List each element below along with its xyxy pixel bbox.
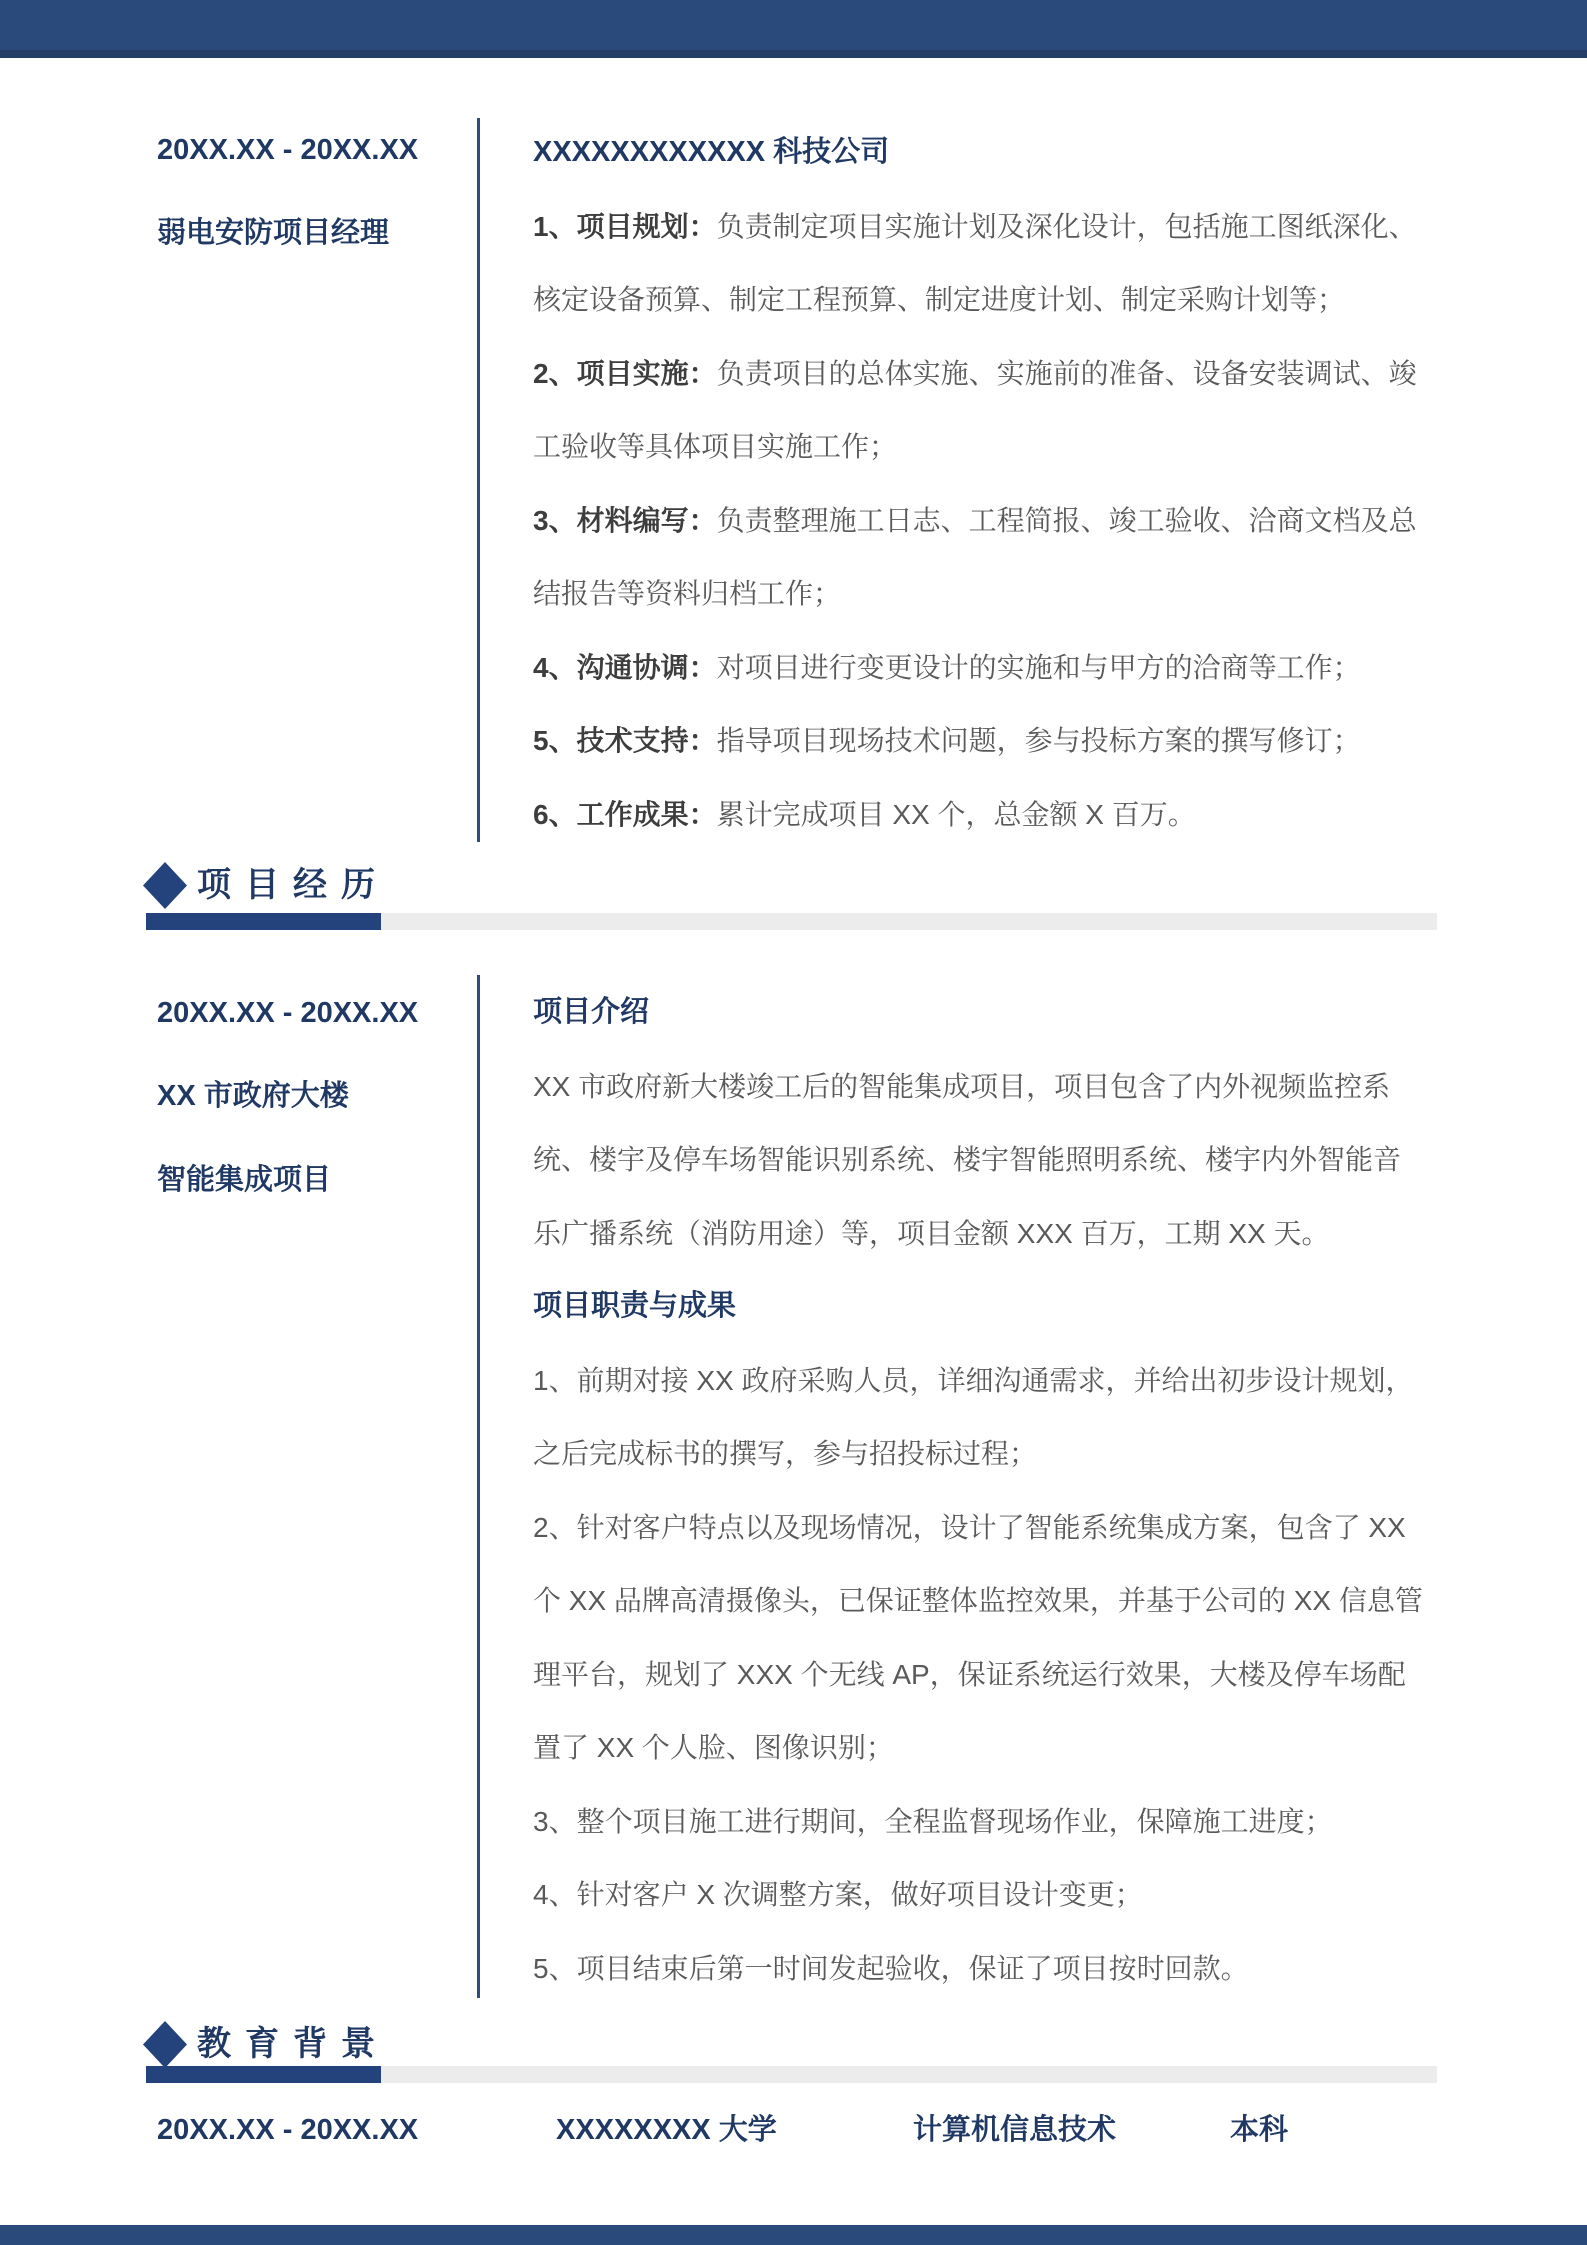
work-item-label: 6、工作成果：: [533, 799, 717, 830]
education-section-title: 教育背景: [197, 2021, 389, 2068]
work-item-text: 指导项目现场技术问题，参与投标方案的撰写修订；: [717, 725, 1361, 756]
work-company: XXXXXXXXXXXX 科技公司: [533, 116, 1493, 190]
resume-page: 20XX.XX - 20XX.XX 弱电安防项目经理 XXXXXXXXXXXX …: [0, 0, 1587, 2245]
work-item-line: 工验收等具体项目实施工作；: [533, 410, 1493, 484]
project-duty-line: 理平台，规划了 XXX 个无线 AP，保证系统运行效果，大楼及停车场配: [533, 1638, 1493, 1712]
project-duty-line: 4、针对客户 X 次调整方案，做好项目设计变更；: [533, 1858, 1493, 1932]
project-intro-line: 乐广播系统（消防用途）等，项目金额 XXX 百万，工期 XX 天。: [533, 1197, 1493, 1271]
project-duty-line: 之后完成标书的撰写，参与招投标过程；: [533, 1417, 1493, 1491]
work-item-label: 4、沟通协调：: [533, 652, 717, 683]
top-bar: [0, 0, 1587, 58]
work-item-line: 5、技术支持：指导项目现场技术问题，参与投标方案的撰写修订；: [533, 704, 1493, 778]
diamond-icon: [143, 862, 187, 909]
work-item-label: 5、技术支持：: [533, 725, 717, 756]
project-section-underline: [146, 913, 1437, 930]
work-divider-line: [477, 118, 480, 842]
bottom-bar: [0, 2225, 1587, 2245]
diamond-icon: [143, 2021, 187, 2068]
project-duty-line: 1、前期对接 XX 政府采购人员，详细沟通需求，并给出初步设计规划，: [533, 1344, 1493, 1418]
work-item-line: 1、项目规划：负责制定项目实施计划及深化设计，包括施工图纸深化、: [533, 190, 1493, 264]
project-section-title: 项目经历: [197, 862, 389, 909]
project-section-underline-accent: [146, 913, 381, 930]
work-role: 弱电安防项目经理: [157, 216, 389, 250]
work-item-text: 工验收等具体项目实施工作；: [533, 431, 897, 462]
project-intro-title: 项目介绍: [533, 976, 1493, 1050]
project-divider-line: [477, 975, 480, 1998]
work-item-line: 4、沟通协调：对项目进行变更设计的实施和与甲方的洽商等工作；: [533, 631, 1493, 705]
work-item-text: 负责项目的总体实施、实施前的准备、设备安装调试、竣: [717, 358, 1417, 389]
project-period: 20XX.XX - 20XX.XX: [157, 996, 418, 1030]
project-duty-line: 置了 XX 个人脸、图像识别；: [533, 1711, 1493, 1785]
education-section-underline: [146, 2066, 1437, 2083]
education-school: XXXXXXXX 大学: [556, 2113, 777, 2147]
project-duty-title: 项目职责与成果: [533, 1270, 1493, 1344]
project-duty-line: 个 XX 品牌高清摄像头，已保证整体监控效果，并基于公司的 XX 信息管: [533, 1564, 1493, 1638]
education-period: 20XX.XX - 20XX.XX: [157, 2113, 418, 2147]
project-name-line2: 智能集成项目: [157, 1163, 331, 1197]
education-major: 计算机信息技术: [913, 2113, 1116, 2147]
work-item-label: 2、项目实施：: [533, 358, 717, 389]
education-section-underline-accent: [146, 2066, 381, 2083]
work-item-line: 核定设备预算、制定工程预算、制定进度计划、制定采购计划等；: [533, 263, 1493, 337]
work-item-line: 3、材料编写：负责整理施工日志、工程简报、竣工验收、洽商文档及总: [533, 484, 1493, 558]
project-intro-line: XX 市政府新大楼竣工后的智能集成项目，项目包含了内外视频监控系: [533, 1050, 1493, 1124]
work-item-label: 1、项目规划：: [533, 211, 717, 242]
project-details: 项目介绍 XX 市政府新大楼竣工后的智能集成项目，项目包含了内外视频监控系 统、…: [533, 976, 1493, 2005]
project-intro-line: 统、楼宇及停车场智能识别系统、楼宇智能照明系统、楼宇内外智能音: [533, 1123, 1493, 1197]
project-duty-line: 2、针对客户特点以及现场情况，设计了智能系统集成方案，包含了 XX: [533, 1491, 1493, 1565]
project-name-line1: XX 市政府大楼: [157, 1079, 349, 1113]
work-item-text: 负责整理施工日志、工程简报、竣工验收、洽商文档及总: [717, 505, 1417, 536]
work-period: 20XX.XX - 20XX.XX: [157, 133, 418, 167]
work-item-text: 核定设备预算、制定工程预算、制定进度计划、制定采购计划等；: [533, 284, 1345, 315]
education-degree: 本科: [1230, 2113, 1288, 2147]
project-duty-line: 3、整个项目施工进行期间，全程监督现场作业，保障施工进度；: [533, 1785, 1493, 1859]
work-item-line: 结报告等资料归档工作；: [533, 557, 1493, 631]
work-item-text: 累计完成项目 XX 个，总金额 X 百万。: [717, 799, 1196, 830]
work-item-label: 3、材料编写：: [533, 505, 717, 536]
work-item-text: 结报告等资料归档工作；: [533, 578, 841, 609]
work-item-line: 6、工作成果：累计完成项目 XX 个，总金额 X 百万。: [533, 778, 1493, 852]
work-item-line: 2、项目实施：负责项目的总体实施、实施前的准备、设备安装调试、竣: [533, 337, 1493, 411]
work-details: XXXXXXXXXXXX 科技公司 1、项目规划：负责制定项目实施计划及深化设计…: [533, 116, 1493, 851]
work-item-text: 负责制定项目实施计划及深化设计，包括施工图纸深化、: [717, 211, 1417, 242]
work-item-text: 对项目进行变更设计的实施和与甲方的洽商等工作；: [717, 652, 1361, 683]
project-duty-line: 5、项目结束后第一时间发起验收，保证了项目按时回款。: [533, 1932, 1493, 2006]
